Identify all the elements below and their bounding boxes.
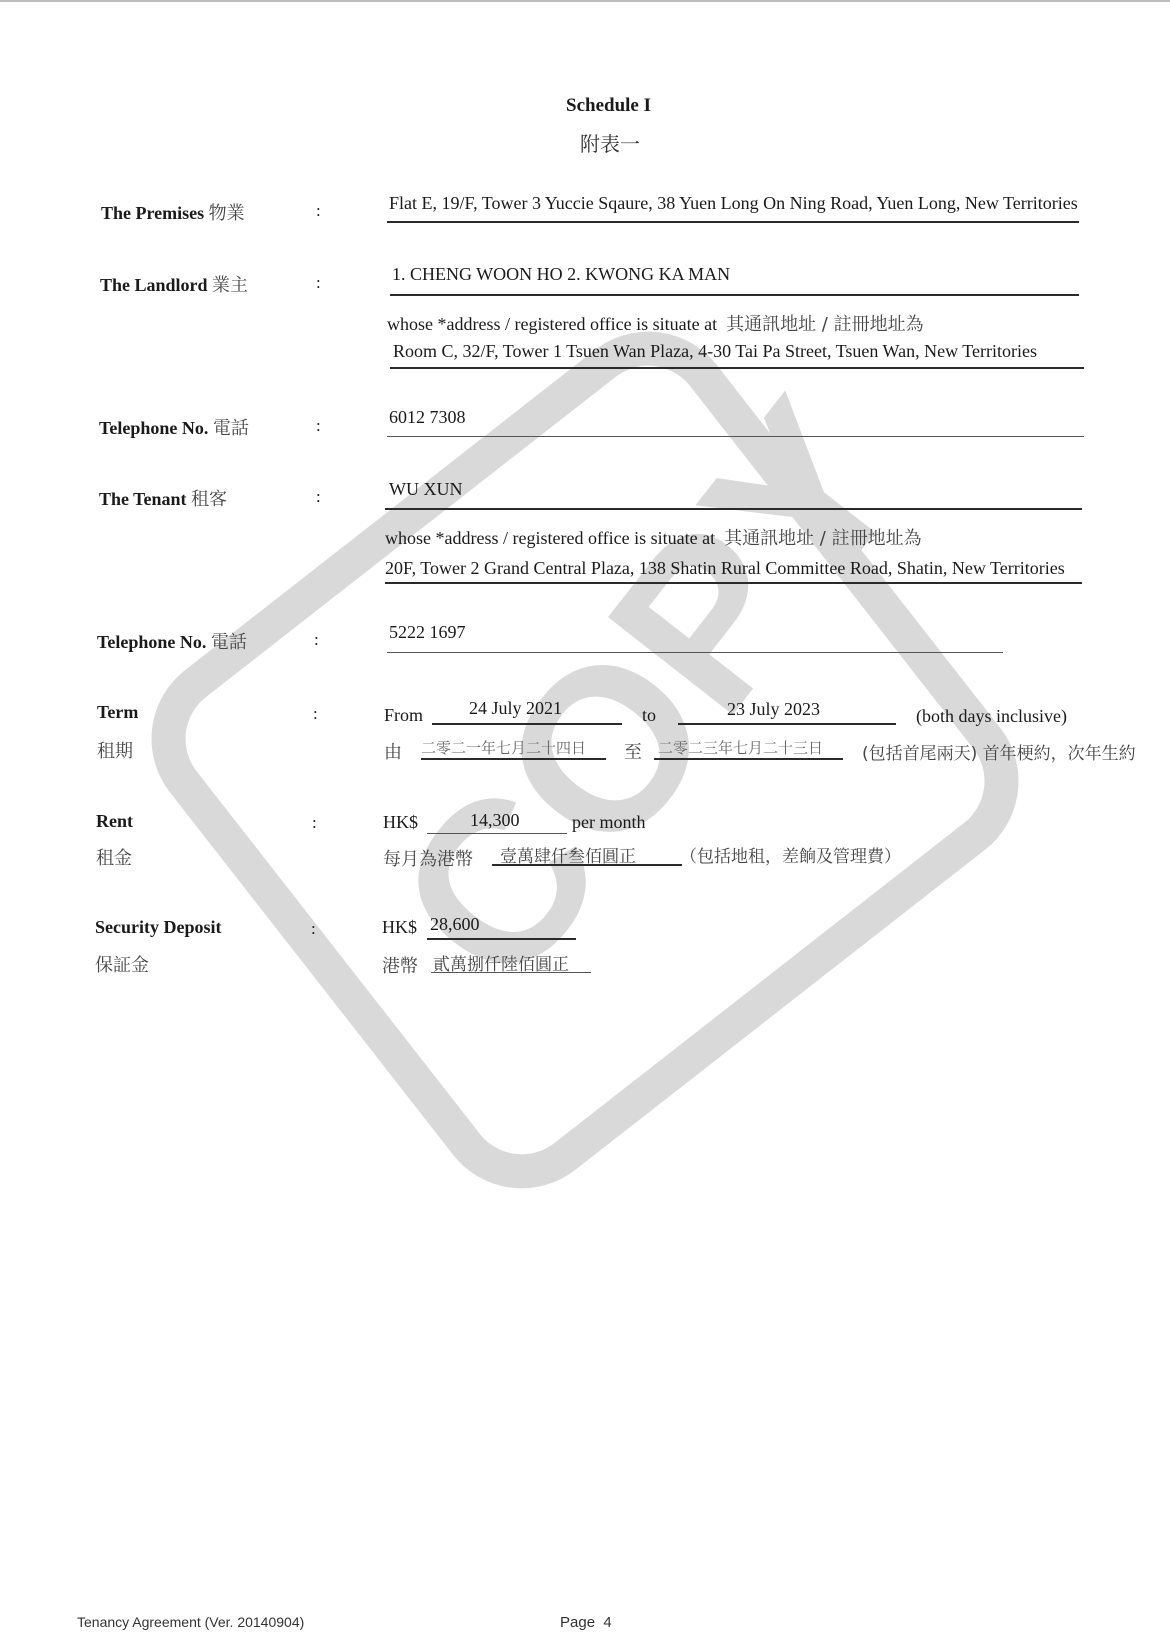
landlord-phone-value: 6012 7308 [389,407,466,428]
premises-label: The Premises 物業 [101,199,245,225]
footer-page-number: Page 4 [560,1614,612,1631]
landlord-label-zh: 業主 [212,275,248,296]
tenant-colon: : [316,487,321,507]
landlord-phone-colon: : [316,416,321,436]
deposit-prefix-zh: 港幣 [382,952,418,978]
rent-note-zh: （包括地租，差餉及管理費） [680,842,901,867]
tenant-name: WU XUN [389,479,463,500]
landlord-phone-label: Telephone No. 電話 [99,414,249,440]
tenant-address-underline [385,582,1082,584]
deposit-label: Security Deposit [95,917,221,938]
term-from-label: From [384,705,423,726]
deposit-amount-zh-underline [431,972,591,973]
term-label-zh: 租期 [97,737,133,763]
premises-label-en: The Premises [101,203,204,223]
tenant-phone-value: 5222 1697 [389,622,466,643]
term-from-date: 24 July 2021 [469,698,562,719]
tenant-phone-label-zh: 電話 [211,632,247,653]
tenant-label-zh: 租客 [191,489,227,510]
rent-per-month: per month [572,812,646,833]
landlord-name-underline [390,294,1079,296]
landlord-address-prompt: whose *address / registered office is si… [387,310,924,336]
tenant-phone-underline [387,652,1003,653]
term-to-zh-underline [654,758,843,760]
rent-label-zh: 租金 [96,844,132,870]
term-from-zh-underline [421,758,606,760]
landlord-phone-underline [387,436,1084,437]
tenant-label: The Tenant 租客 [99,485,227,511]
landlord-phone-label-en: Telephone No. [99,418,208,438]
tenant-phone-label: Telephone No. 電話 [97,628,247,654]
landlord-address-prompt-en: whose *address / registered office is si… [387,314,717,334]
term-label: Term [97,702,138,723]
premises-colon: : [316,201,321,221]
schedule-subtitle-zh: 附表一 [580,128,640,157]
deposit-label-zh: 保証金 [95,951,149,977]
landlord-address-underline [390,367,1084,369]
term-to-underline [678,723,896,725]
landlord-label: The Landlord 業主 [100,271,248,297]
tenant-label-en: The Tenant [99,489,187,509]
rent-amount-underline [427,833,567,834]
landlord-colon: : [316,273,321,293]
term-inclusive: (both days inclusive) [916,706,1067,727]
premises-label-zh: 物業 [209,203,245,224]
term-from-date-zh: 二零二一年七月二十四日 [421,737,586,758]
term-to-date: 23 July 2023 [727,699,820,720]
tenant-address-prompt: whose *address / registered office is si… [385,524,922,550]
page-top-border [0,0,1170,2]
rent-currency: HK$ [383,812,418,833]
tenant-address: 20F, Tower 2 Grand Central Plaza, 138 Sh… [385,558,1065,579]
rent-colon: : [312,813,317,833]
tenant-name-underline [385,508,1082,510]
schedule-title: Schedule I [566,95,651,117]
term-from-underline [432,723,622,725]
deposit-amount-underline [427,938,576,940]
term-to-date-zh: 二零二三年七月二十三日 [658,737,823,758]
term-colon: : [313,704,318,724]
term-to-label-zh: 至 [624,738,642,764]
tenant-address-prompt-en: whose *address / registered office is si… [385,528,715,548]
rent-amount-zh-underline [492,864,682,866]
tenant-phone-label-en: Telephone No. [97,632,206,652]
landlord-label-en: The Landlord [100,275,208,295]
deposit-colon: : [311,919,316,939]
rent-label: Rent [96,811,133,832]
term-to-label: to [642,705,656,726]
premises-underline [387,221,1079,223]
premises-value: Flat E, 19/F, Tower 3 Yuccie Sqaure, 38 … [389,193,1078,214]
landlord-name: 1. CHENG WOON HO 2. KWONG KA MAN [392,264,730,285]
tenant-address-prompt-zh: 其通訊地址 / 註冊地址為 [724,528,922,549]
deposit-currency: HK$ [382,917,417,938]
landlord-phone-label-zh: 電話 [213,418,249,439]
rent-amount: 14,300 [470,810,520,831]
tenant-phone-colon: : [314,630,319,650]
term-inclusive-zh: (包括首尾兩天) 首年梗約，次年生約 [862,739,1136,764]
landlord-address-prompt-zh: 其通訊地址 / 註冊地址為 [726,314,924,335]
rent-prefix-zh: 每月為港幣 [383,845,473,871]
landlord-address: Room C, 32/F, Tower 1 Tsuen Wan Plaza, 4… [393,341,1037,362]
term-from-label-zh: 由 [384,738,402,764]
footer-version: Tenancy Agreement (Ver. 20140904) [77,1614,304,1630]
deposit-amount: 28,600 [430,914,480,935]
